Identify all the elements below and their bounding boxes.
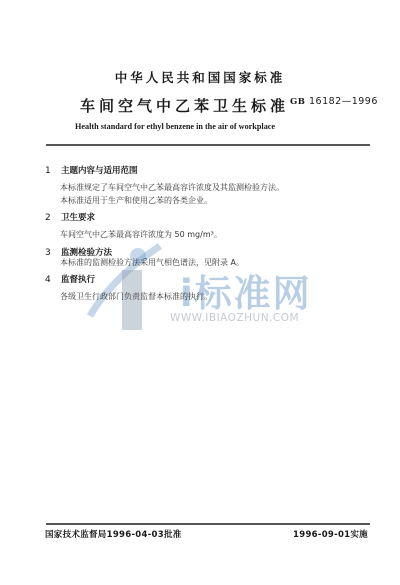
implementation-date: 1996-09-01实施	[293, 528, 368, 540]
watermark-url: WWW.IBIAOZHUN.COM	[170, 312, 299, 324]
code-prefix: GB	[290, 97, 305, 107]
bottom-divider	[46, 523, 370, 525]
section-3-para-1: 本标准的监测检验方法采用气相色谱法，见附录 A。	[60, 257, 244, 268]
national-standard-label: 中华人民共和国国家标准	[0, 68, 400, 86]
section-1-para-1: 本标准规定了车间空气中乙苯最高容许浓度及其监测检验方法。	[60, 182, 284, 193]
code-number: 16182—1996	[309, 96, 378, 107]
page-title: 车间空气中乙苯卫生标准	[80, 95, 289, 116]
section-heading-2: 2卫生要求	[45, 211, 95, 223]
standard-code: GB 16182—1996	[290, 96, 378, 107]
section-heading-4: 4监督执行	[45, 273, 95, 285]
approval-info: 国家技术监督局1996-04-03批准	[45, 528, 182, 540]
section-2-para-1: 车间空气中乙苯最高容许浓度为 50 mg/m³。	[60, 229, 222, 240]
english-title: Health standard for ethyl benzene in the…	[75, 122, 275, 131]
section-4-para-1: 各级卫生行政部门负责监督本标准的执行。	[60, 291, 212, 302]
section-1-para-2: 本标准适用于生产和使用乙苯的各类企业。	[60, 195, 212, 206]
section-heading-1: 1主题内容与适用范围	[45, 164, 138, 176]
watermark-text: i标准网	[180, 263, 312, 317]
top-divider	[46, 144, 370, 146]
